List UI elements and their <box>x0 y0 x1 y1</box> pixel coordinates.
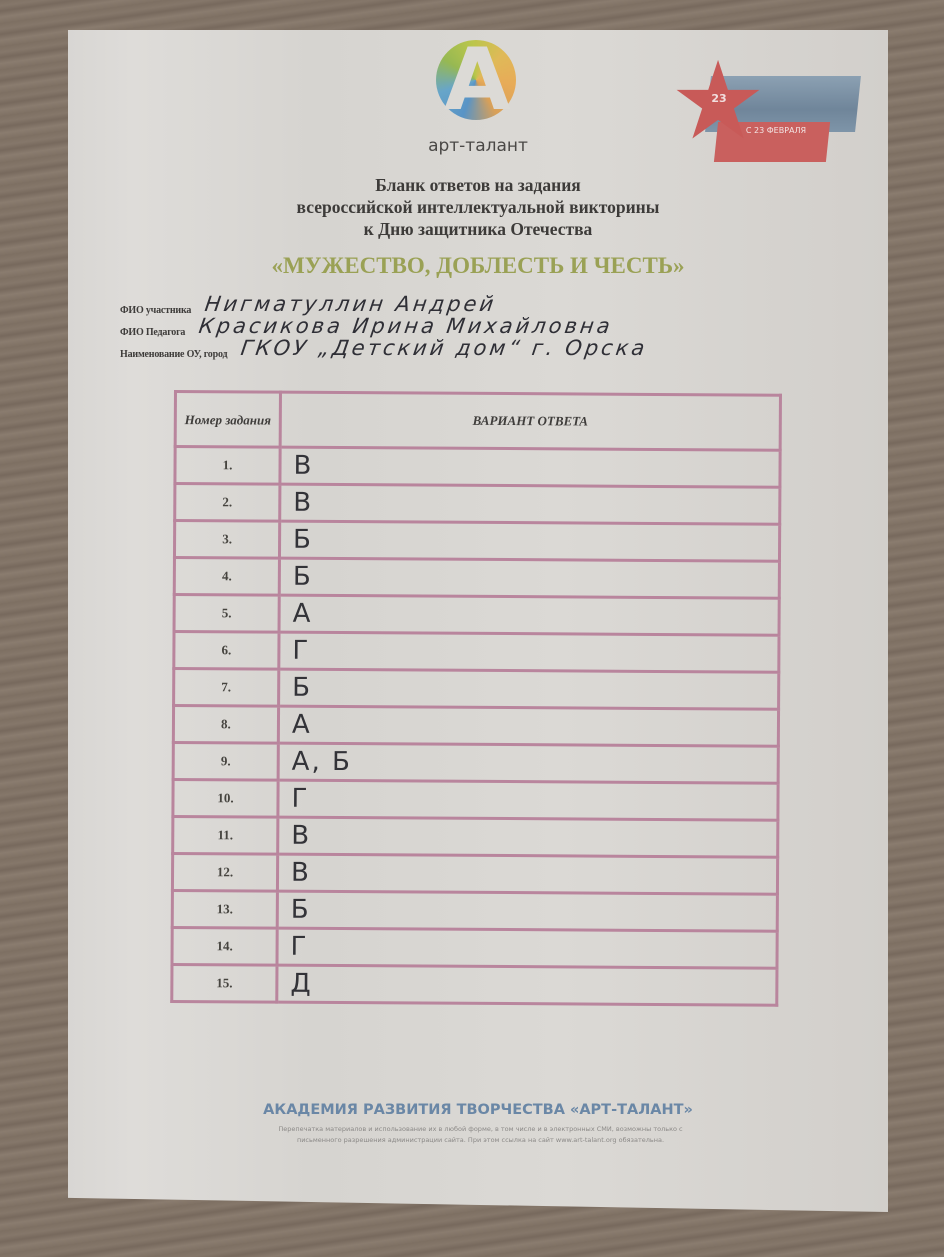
table-row: 1.В <box>175 447 780 488</box>
quiz-subtitle: «МУЖЕСТВО, ДОБЛЕСТЬ И ЧЕСТЬ» <box>158 252 798 280</box>
answer-sheet: A арт-талант ★ 23 С 23 ФЕВРАЛЯ Бланк отв… <box>68 30 888 1212</box>
teacher-field: ФИО Педагога Красикова Ирина Михайловна <box>120 314 613 338</box>
defender-day-badge: ★ 23 С 23 ФЕВРАЛЯ <box>668 52 868 170</box>
footer-title: АКАДЕМИЯ РАЗВИТИЯ ТВОРЧЕСТВА «АРТ-ТАЛАНТ… <box>128 1102 828 1118</box>
table-row: 8.А <box>173 706 778 747</box>
badge-number: 23 <box>704 92 734 105</box>
teacher-value[interactable]: Красикова Ирина Михайловна <box>198 314 615 338</box>
header-task-number: Номер задания <box>175 392 280 448</box>
table-row: 5.А <box>174 595 779 636</box>
answer-cell[interactable]: Б <box>279 669 779 709</box>
title-line-2: всероссийской интеллектуальной викторины <box>158 196 798 218</box>
task-number: 10. <box>173 780 278 818</box>
brand-name: арт-талант <box>398 136 558 156</box>
participant-field: ФИО участника Нигматуллин Андрей <box>120 292 496 316</box>
header-answer-variant: ВАРИАНТ ОТВЕТА <box>280 392 780 450</box>
title-line-1: Бланк ответов на задания <box>158 174 798 196</box>
footer-note-line-2: письменного разрешения администрации сай… <box>148 1135 813 1146</box>
table-row: 4.Б <box>174 558 779 599</box>
answer-cell[interactable]: Б <box>277 891 777 931</box>
task-number: 3. <box>174 521 279 559</box>
task-number: 9. <box>173 743 278 781</box>
answer-cell[interactable]: Б <box>279 521 779 561</box>
task-number: 6. <box>174 632 279 670</box>
page-title: Бланк ответов на задания всероссийской и… <box>158 174 798 240</box>
table-row: 2.В <box>175 484 780 525</box>
answer-cell[interactable]: В <box>278 817 778 857</box>
answer-cell[interactable]: Б <box>279 558 779 598</box>
table-row: 15.Д <box>172 964 777 1005</box>
answer-cell[interactable]: В <box>280 447 780 487</box>
answer-cell[interactable]: Г <box>277 928 777 968</box>
task-number: 13. <box>172 890 277 928</box>
table-row: 6.Г <box>174 632 779 673</box>
logo-letter-a: A <box>444 34 508 126</box>
task-number: 7. <box>174 669 279 707</box>
answer-cell[interactable]: В <box>280 484 780 524</box>
task-number: 15. <box>172 964 277 1002</box>
answer-cell[interactable]: Д <box>277 965 777 1005</box>
answer-cell[interactable]: А <box>279 595 779 635</box>
table-row: 3.Б <box>174 521 779 562</box>
table-row: 12.В <box>172 854 777 895</box>
footer-copyright-note: Перепечатка материалов и использование и… <box>148 1124 813 1146</box>
school-value[interactable]: ГКОУ „Детский дом“ г. Орска <box>240 336 650 360</box>
badge-text: С 23 ФЕВРАЛЯ <box>724 126 828 136</box>
task-number: 2. <box>175 484 280 522</box>
participant-value[interactable]: Нигматуллин Андрей <box>203 292 498 316</box>
footer-note-line-1: Перепечатка материалов и использование и… <box>148 1124 813 1135</box>
answer-cell[interactable]: Г <box>278 780 778 820</box>
task-number: 1. <box>175 447 280 485</box>
task-number: 14. <box>172 927 277 965</box>
task-number: 11. <box>173 817 278 855</box>
task-number: 8. <box>173 706 278 744</box>
answer-cell[interactable]: А <box>278 706 778 746</box>
table-row: 11.В <box>173 817 778 858</box>
answer-cell[interactable]: Г <box>279 632 779 672</box>
table-row: 13.Б <box>172 890 777 931</box>
answer-cell[interactable]: А, Б <box>278 743 778 783</box>
art-talant-logo-icon: A <box>436 40 516 120</box>
school-field: Наименование ОУ, город ГКОУ „Детский дом… <box>120 336 648 360</box>
school-label: Наименование ОУ, город <box>120 349 227 360</box>
table-row: 9.А, Б <box>173 743 778 784</box>
answers-table: Номер задания ВАРИАНТ ОТВЕТА 1.В2.В3.Б4.… <box>170 390 782 1007</box>
table-row: 7.Б <box>174 669 779 710</box>
task-number: 4. <box>174 558 279 596</box>
answer-cell[interactable]: В <box>277 854 777 894</box>
table-row: 10.Г <box>173 780 778 821</box>
task-number: 12. <box>172 854 277 892</box>
table-row: 14.Г <box>172 927 777 968</box>
table-header-row: Номер задания ВАРИАНТ ОТВЕТА <box>175 392 780 451</box>
task-number: 5. <box>174 595 279 633</box>
title-line-3: к Дню защитника Отечества <box>158 218 798 240</box>
